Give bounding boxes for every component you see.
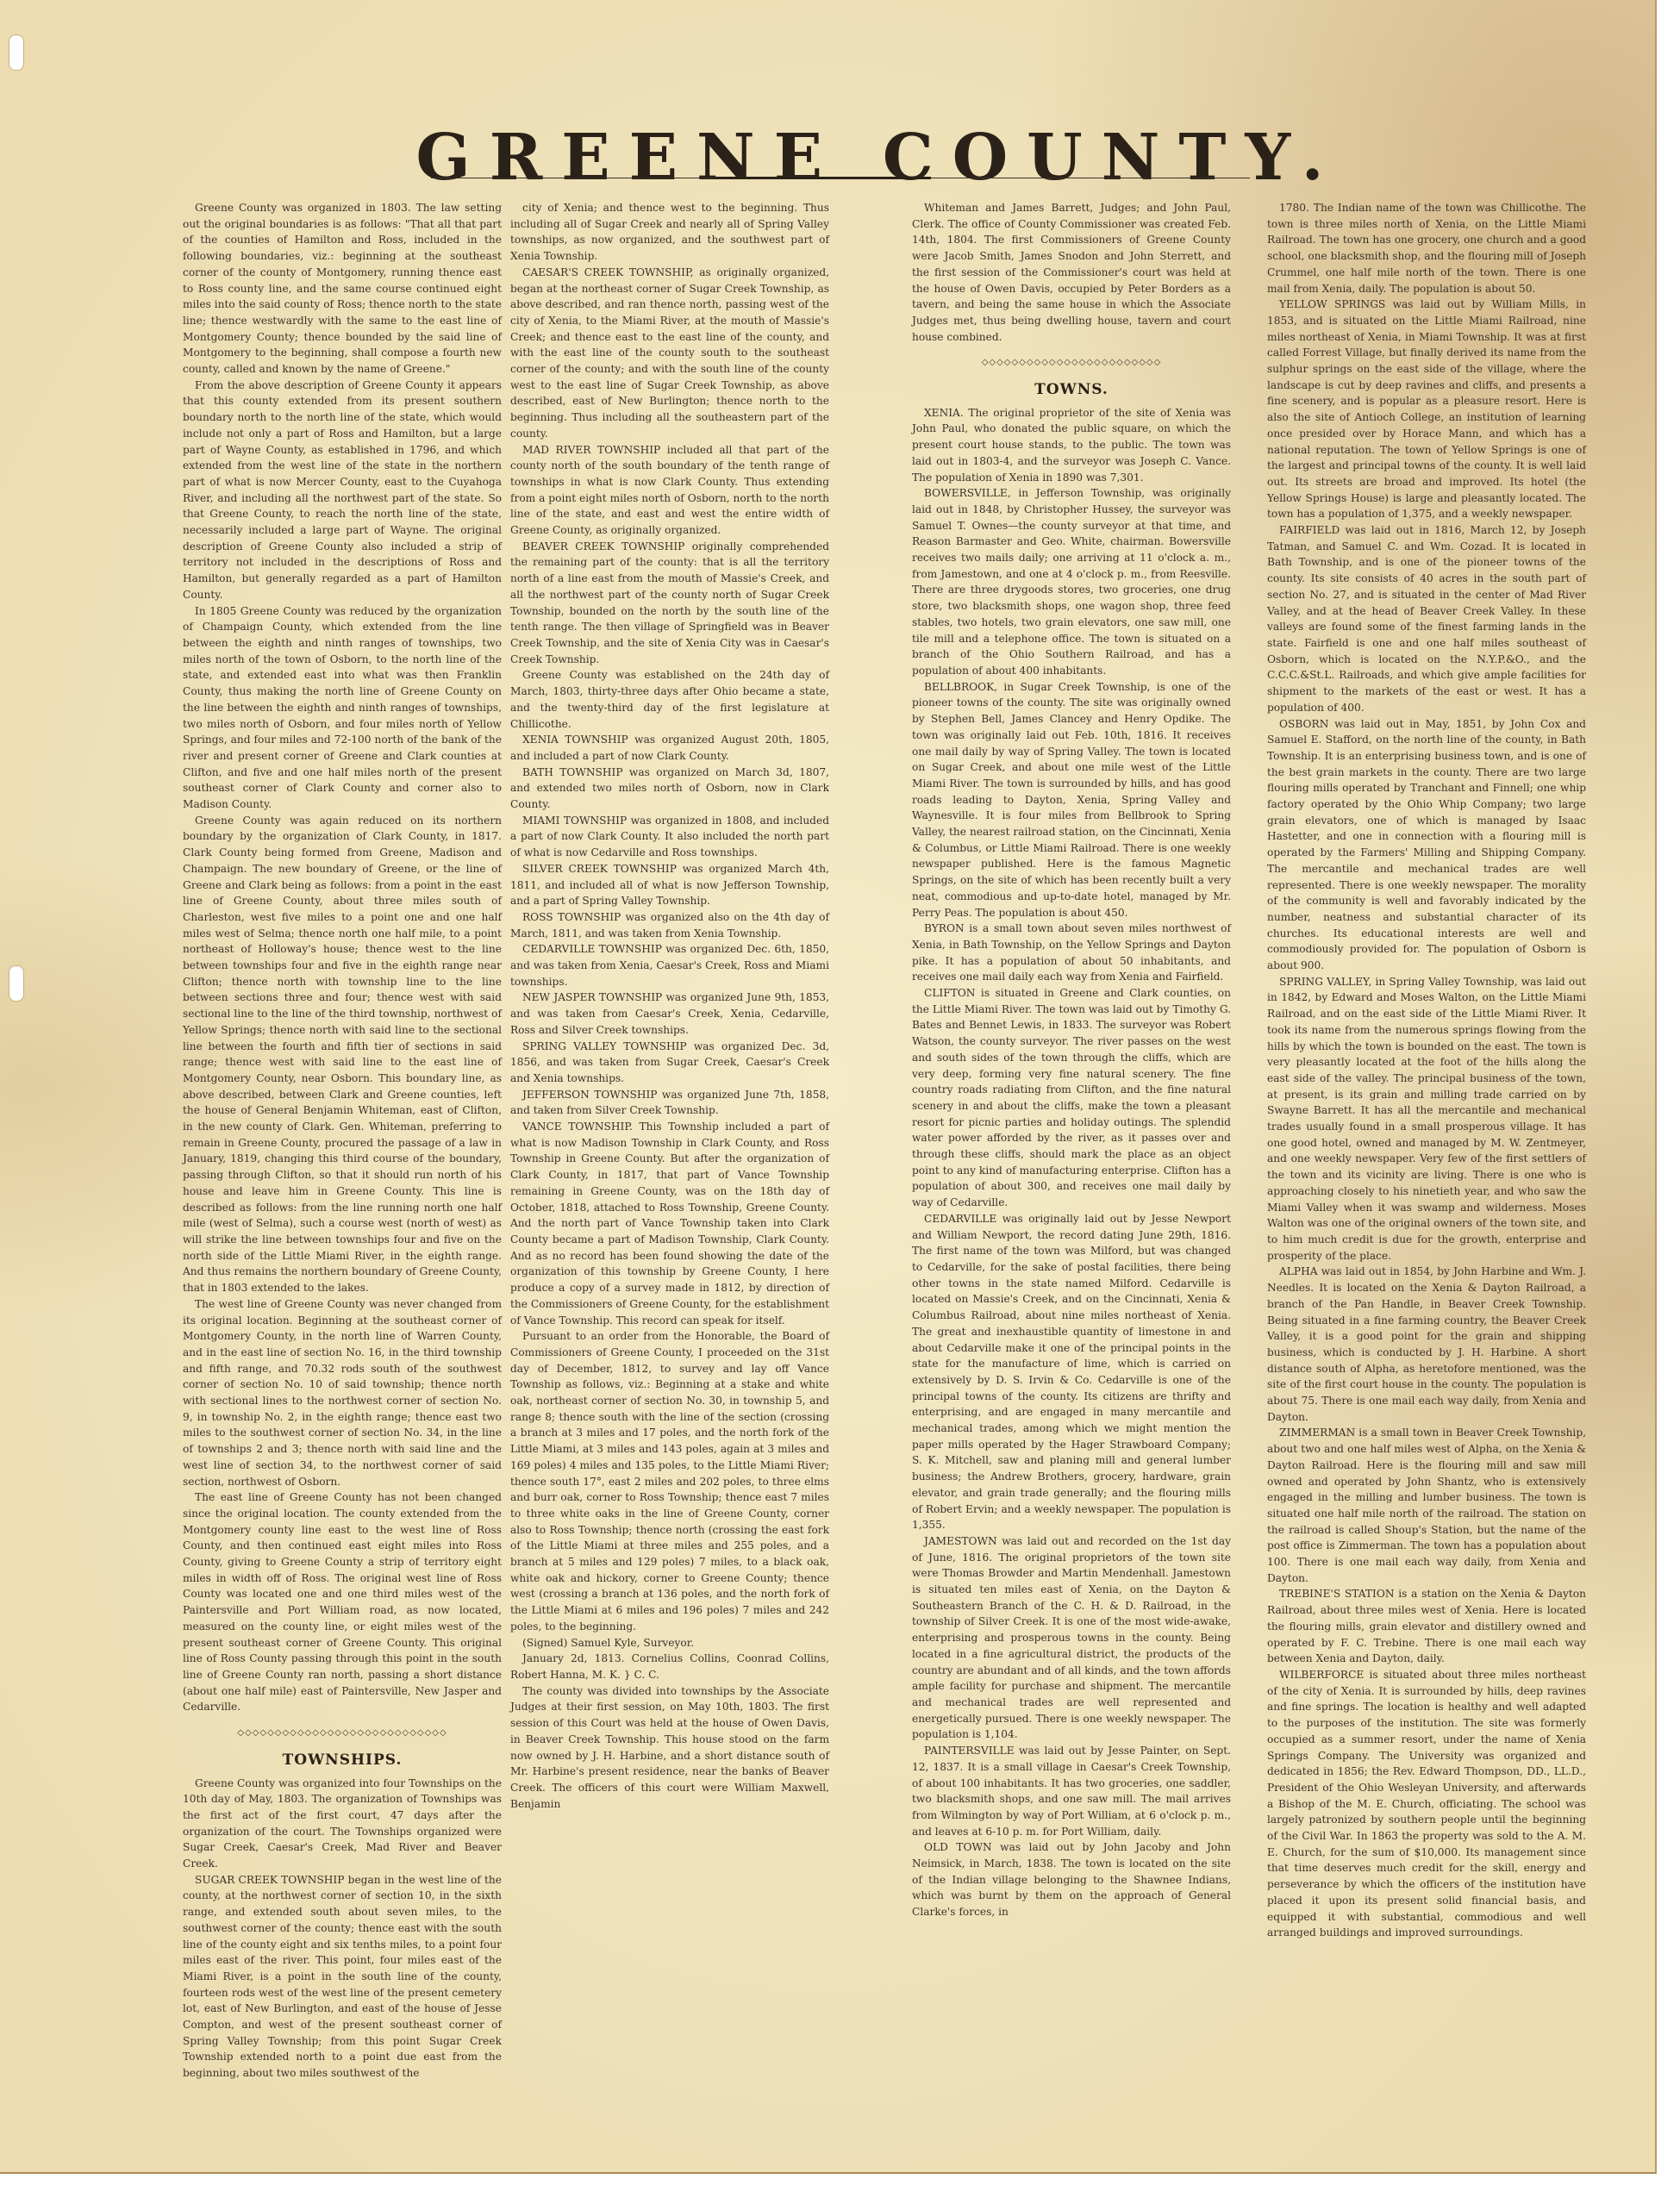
paragraph: SPRING VALLEY, in Spring Valley Township… — [1267, 974, 1586, 1264]
paragraph: From the above description of Greene Cou… — [183, 378, 502, 603]
column-1: Greene County was organized in 1803. The… — [183, 200, 502, 2082]
paragraph: BYRON is a small town about seven miles … — [912, 921, 1231, 985]
paragraph: CEDARVILLE TOWNSHIP was organized Dec. 6… — [510, 941, 829, 990]
paragraph: January 2d, 1813. Cornelius Collins, Coo… — [510, 1651, 829, 1682]
document-page: GREENE COUNTY. Greene County was organiz… — [0, 0, 1657, 2174]
paragraph: MAD RIVER TOWNSHIP included all that par… — [510, 442, 829, 539]
column-3: Whiteman and James Barrett, Judges; and … — [912, 200, 1231, 1920]
paragraph: YELLOW SPRINGS was laid out by William M… — [1267, 297, 1586, 522]
paragraph: JAMESTOWN was laid out and recorded on t… — [912, 1533, 1231, 1743]
paragraph: TREBINE'S STATION is a station on the Xe… — [1267, 1586, 1586, 1667]
paragraph: BOWERSVILLE, in Jefferson Township, was … — [912, 485, 1231, 678]
paragraph: OSBORN was laid out in May, 1851, by Joh… — [1267, 716, 1586, 974]
paragraph: The east line of Greene County has not b… — [183, 1489, 502, 1715]
paragraph: CLIFTON is situated in Greene and Clark … — [912, 985, 1231, 1211]
paragraph: XENIA. The original proprietor of the si… — [912, 405, 1231, 486]
paragraph: BATH TOWNSHIP was organized on March 3d,… — [510, 765, 829, 813]
paragraph: The west line of Greene County was never… — [183, 1296, 502, 1489]
paragraph: XENIA TOWNSHIP was organized August 20th… — [510, 732, 829, 764]
paragraph: Greene County was organized into four To… — [183, 1776, 502, 1872]
paragraph: FAIRFIELD was laid out in 1816, March 12… — [1267, 522, 1586, 715]
binding-hole — [9, 965, 24, 1002]
paragraph: SILVER CREEK TOWNSHIP was organized Marc… — [510, 861, 829, 909]
paragraph: Greene County was organized in 1803. The… — [183, 200, 502, 378]
paragraph: MIAMI TOWNSHIP was organized in 1808, an… — [510, 813, 829, 861]
column-4: 1780. The Indian name of the town was Ch… — [1267, 200, 1586, 1941]
paragraph: Pursuant to an order from the Honorable,… — [510, 1328, 829, 1634]
paragraph: PAINTERSVILLE was laid out by Jesse Pain… — [912, 1743, 1231, 1839]
paragraph: 1780. The Indian name of the town was Ch… — [1267, 200, 1586, 297]
paragraph: Greene County was again reduced on its n… — [183, 813, 502, 1296]
section-heading: TOWNSHIPS. — [183, 1752, 502, 1769]
paragraph: ZIMMERMAN is a small town in Beaver Cree… — [1267, 1425, 1586, 1586]
paragraph: ALPHA was laid out in 1854, by John Harb… — [1267, 1264, 1586, 1425]
paragraph: city of Xenia; and thence west to the be… — [510, 200, 829, 265]
ornament-divider: ◇◇◇◇◇◇◇◇◇◇◇◇◇◇◇◇◇◇◇◇◇◇◇◇ — [912, 355, 1231, 371]
paragraph: (Signed) Samuel Kyle, Surveyor. — [510, 1635, 829, 1651]
ornament-divider: ◇◇◇◇◇◇◇◇◇◇◇◇◇◇◇◇◇◇◇◇◇◇◇◇◇◇◇◇ — [183, 1726, 502, 1742]
paragraph: ROSS TOWNSHIP was organized also on the … — [510, 909, 829, 941]
paragraph: BEAVER CREEK TOWNSHIP originally compreh… — [510, 539, 829, 668]
paragraph: Greene County was established on the 24t… — [510, 667, 829, 732]
paragraph: BELLBROOK, in Sugar Creek Township, is o… — [912, 679, 1231, 921]
page-title: GREENE COUNTY. — [353, 121, 1405, 195]
paragraph: CAESAR'S CREEK TOWNSHIP, as originally o… — [510, 265, 829, 442]
column-2: city of Xenia; and thence west to the be… — [510, 200, 829, 1812]
paragraph: In 1805 Greene County was reduced by the… — [183, 603, 502, 813]
binding-hole — [9, 34, 24, 71]
paragraph: JEFFERSON TOWNSHIP was organized June 7t… — [510, 1087, 829, 1119]
section-heading: TOWNS. — [912, 382, 1231, 398]
paragraph: SPRING VALLEY TOWNSHIP was organized Dec… — [510, 1039, 829, 1087]
paragraph: SUGAR CREEK TOWNSHIP began in the west l… — [183, 1872, 502, 2082]
title-rule-bold — [715, 177, 931, 179]
paragraph: NEW JASPER TOWNSHIP was organized June 9… — [510, 990, 829, 1038]
paragraph: CEDARVILLE was originally laid out by Je… — [912, 1211, 1231, 1533]
paragraph: VANCE TOWNSHIP. This Township included a… — [510, 1119, 829, 1328]
paragraph: Whiteman and James Barrett, Judges; and … — [912, 200, 1231, 345]
paragraph: OLD TOWN was laid out by John Jacoby and… — [912, 1839, 1231, 1920]
paragraph: WILBERFORCE is situated about three mile… — [1267, 1667, 1586, 1941]
paragraph: The county was divided into townships by… — [510, 1683, 829, 1813]
